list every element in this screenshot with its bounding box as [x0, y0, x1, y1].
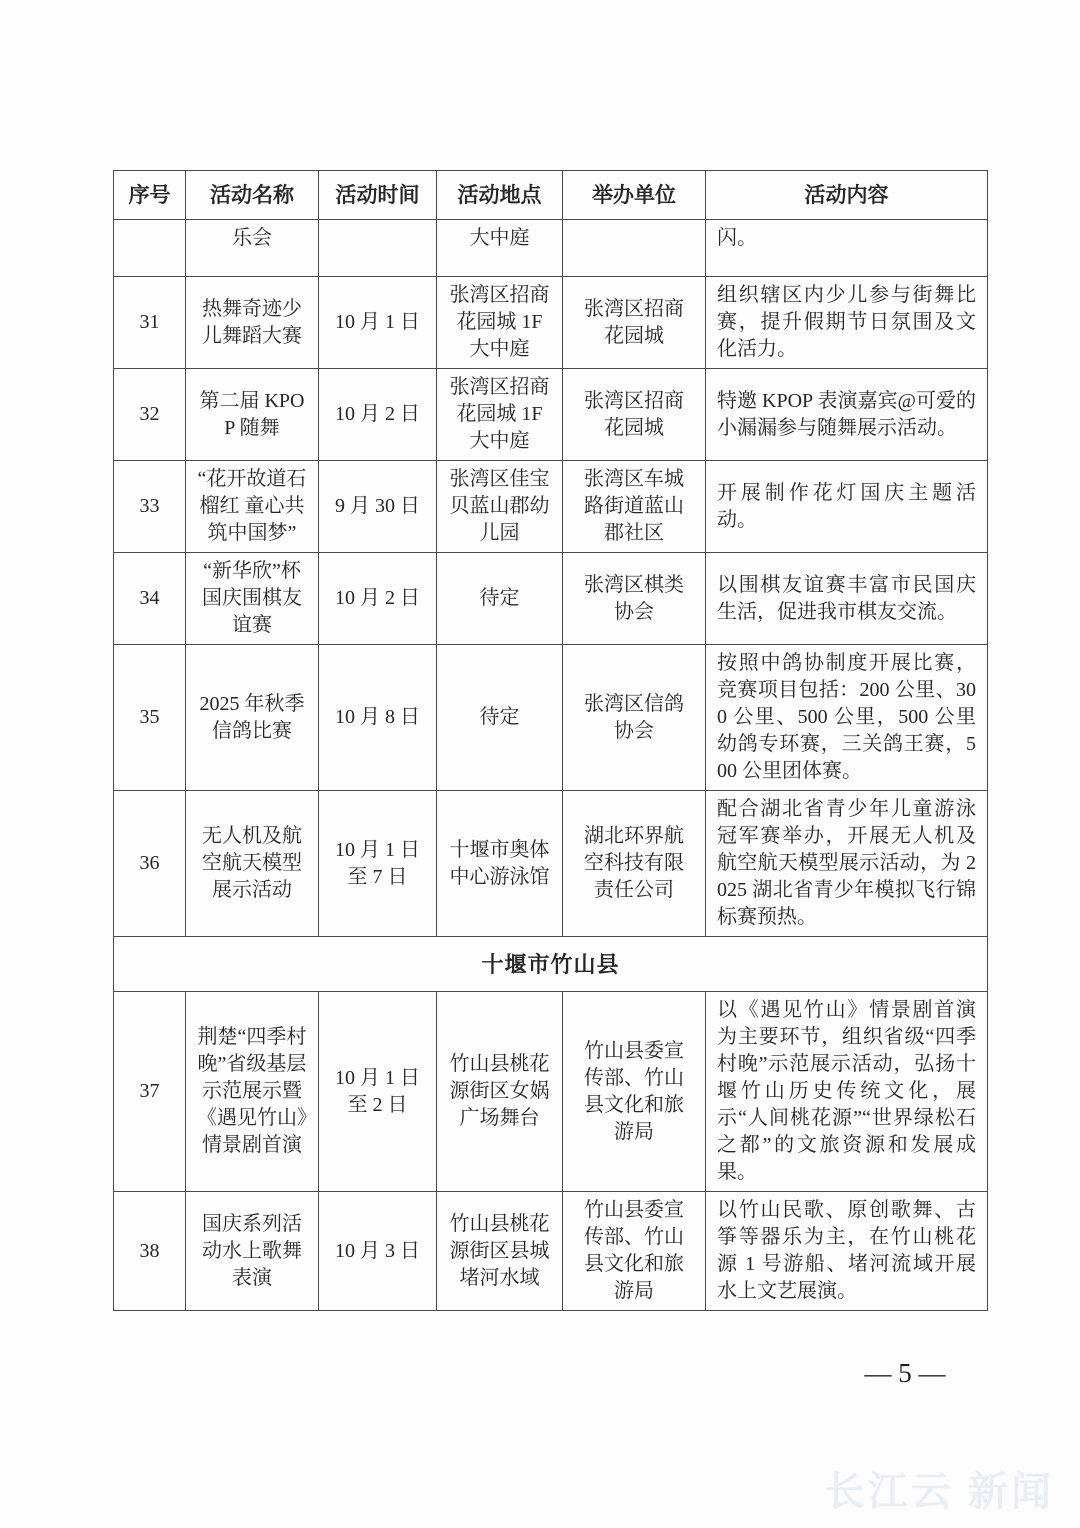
cell-serial: 34: [114, 553, 186, 645]
cell-organizer: [563, 220, 706, 277]
cell-activity-location: 待定: [437, 645, 563, 791]
cell-activity-content: 配合湖北省青少年儿童游泳冠军赛举办，开展无人机及航空航天模型展示活动，为 202…: [706, 791, 988, 937]
cell-organizer: 张湾区招商花园城: [563, 277, 706, 369]
cell-organizer: 张湾区招商花园城: [563, 369, 706, 461]
table-row: 36无人机及航空航天模型展示活动10 月 1 日 至 7 日十堰市奥体中心游泳馆…: [114, 791, 988, 937]
cell-organizer: 竹山县委宣传部、竹山县文化和旅游局: [563, 1192, 706, 1311]
header-row: 序号 活动名称 活动时间 活动地点 举办单位 活动内容: [114, 171, 988, 220]
cell-activity-name: 2025 年秋季信鸽比赛: [186, 645, 319, 791]
cell-activity-content: 以围棋友谊赛丰富市民国庆生活，促进我市棋友交流。: [706, 553, 988, 645]
cell-serial: 37: [114, 992, 186, 1192]
cell-activity-name: 国庆系列活动水上歌舞表演: [186, 1192, 319, 1311]
cell-organizer: 湖北环界航空科技有限责任公司: [563, 791, 706, 937]
table-row: 352025 年秋季信鸽比赛10 月 8 日待定张湾区信鸽协会按照中鸽协制度开展…: [114, 645, 988, 791]
activity-table: 序号 活动名称 活动时间 活动地点 举办单位 活动内容 乐会大中庭闪。31热舞奇…: [113, 170, 988, 1311]
cell-serial: 33: [114, 461, 186, 553]
cell-activity-content: 以《遇见竹山》情景剧首演为主要环节，组织省级“四季村晚”示范展示活动，弘扬十堰竹…: [706, 992, 988, 1192]
header-activity-location: 活动地点: [437, 171, 563, 220]
cell-activity-location: 十堰市奥体中心游泳馆: [437, 791, 563, 937]
cell-activity-content: 闪。: [706, 220, 988, 277]
section-header-label: 十堰市竹山县: [114, 937, 988, 992]
header-organizer: 举办单位: [563, 171, 706, 220]
cell-activity-time: 10 月 8 日: [319, 645, 437, 791]
page-number: — 5 —: [862, 1358, 948, 1389]
table-body: 乐会大中庭闪。31热舞奇迹少儿舞蹈大赛10 月 1 日张湾区招商花园城 1F 大…: [114, 220, 988, 1311]
cell-activity-time: 10 月 1 日 至 7 日: [319, 791, 437, 937]
cell-activity-name: 第二届 KPOP 随舞: [186, 369, 319, 461]
cell-activity-content: 以竹山民歌、原创歌舞、古筝等器乐为主，在竹山桃花源 1 号游船、堵河流域开展水上…: [706, 1192, 988, 1311]
cell-activity-location: 待定: [437, 553, 563, 645]
watermark-logo: 长江云 新闻: [825, 1460, 1054, 1517]
header-activity-content: 活动内容: [706, 171, 988, 220]
table-row: 34“新华欣”杯国庆围棋友谊赛10 月 2 日待定张湾区棋类协会以围棋友谊赛丰富…: [114, 553, 988, 645]
table-row: 31热舞奇迹少儿舞蹈大赛10 月 1 日张湾区招商花园城 1F 大中庭张湾区招商…: [114, 277, 988, 369]
cell-activity-location: 张湾区佳宝贝蓝山郡幼儿园: [437, 461, 563, 553]
cell-organizer: 张湾区信鸽协会: [563, 645, 706, 791]
cell-activity-content: 特邀 KPOP 表演嘉宾@可爱的小漏漏参与随舞展示活动。: [706, 369, 988, 461]
cell-activity-time: 10 月 1 日: [319, 277, 437, 369]
header-serial: 序号: [114, 171, 186, 220]
cell-organizer: 张湾区车城路街道蓝山郡社区: [563, 461, 706, 553]
cell-activity-content: 开展制作花灯国庆主题活动。: [706, 461, 988, 553]
table-row: 37荆楚“四季村晚”省级基层示范展示暨《遇见竹山》情景剧首演10 月 1 日 至…: [114, 992, 988, 1192]
cell-activity-time: [319, 220, 437, 277]
cell-activity-time: 10 月 2 日: [319, 369, 437, 461]
table-row: 38国庆系列活动水上歌舞表演10 月 3 日竹山县桃花源街区县城堵河水域竹山县委…: [114, 1192, 988, 1311]
cell-activity-time: 10 月 1 日 至 2 日: [319, 992, 437, 1192]
cell-activity-name: “新华欣”杯国庆围棋友谊赛: [186, 553, 319, 645]
cell-serial: 38: [114, 1192, 186, 1311]
section-header-row: 十堰市竹山县: [114, 937, 988, 992]
cell-activity-name: 热舞奇迹少儿舞蹈大赛: [186, 277, 319, 369]
cell-serial: 35: [114, 645, 186, 791]
cell-serial: 36: [114, 791, 186, 937]
cell-activity-name: 无人机及航空航天模型展示活动: [186, 791, 319, 937]
table-row: 33“花开故道石榴红 童心共筑中国梦”9 月 30 日张湾区佳宝贝蓝山郡幼儿园张…: [114, 461, 988, 553]
table-header: 序号 活动名称 活动时间 活动地点 举办单位 活动内容: [114, 171, 988, 220]
cell-activity-location: 大中庭: [437, 220, 563, 277]
cell-activity-content: 组织辖区内少儿参与街舞比赛，提升假期节日氛围及文化活力。: [706, 277, 988, 369]
cell-activity-name: “花开故道石榴红 童心共筑中国梦”: [186, 461, 319, 553]
table-row: 32第二届 KPOP 随舞10 月 2 日张湾区招商花园城 1F 大中庭张湾区招…: [114, 369, 988, 461]
header-activity-time: 活动时间: [319, 171, 437, 220]
cell-activity-name: 荆楚“四季村晚”省级基层示范展示暨《遇见竹山》情景剧首演: [186, 992, 319, 1192]
cell-activity-content: 按照中鸽协制度开展比赛，竞赛项目包括：200 公里、300 公里、500 公里，…: [706, 645, 988, 791]
cell-activity-time: 9 月 30 日: [319, 461, 437, 553]
cell-activity-time: 10 月 3 日: [319, 1192, 437, 1311]
continuation-row: 乐会大中庭闪。: [114, 220, 988, 277]
cell-serial: 31: [114, 277, 186, 369]
cell-activity-location: 张湾区招商花园城 1F 大中庭: [437, 277, 563, 369]
cell-activity-location: 竹山县桃花源街区县城堵河水域: [437, 1192, 563, 1311]
cell-activity-location: 竹山县桃花源街区女娲广场舞台: [437, 992, 563, 1192]
cell-activity-location: 张湾区招商花园城 1F 大中庭: [437, 369, 563, 461]
cell-serial: 32: [114, 369, 186, 461]
cell-organizer: 竹山县委宣传部、竹山县文化和旅游局: [563, 992, 706, 1192]
cell-organizer: 张湾区棋类协会: [563, 553, 706, 645]
cell-serial: [114, 220, 186, 277]
header-activity-name: 活动名称: [186, 171, 319, 220]
document-page: 序号 活动名称 活动时间 活动地点 举办单位 活动内容 乐会大中庭闪。31热舞奇…: [0, 0, 1080, 1528]
cell-activity-name: 乐会: [186, 220, 319, 277]
cell-activity-time: 10 月 2 日: [319, 553, 437, 645]
